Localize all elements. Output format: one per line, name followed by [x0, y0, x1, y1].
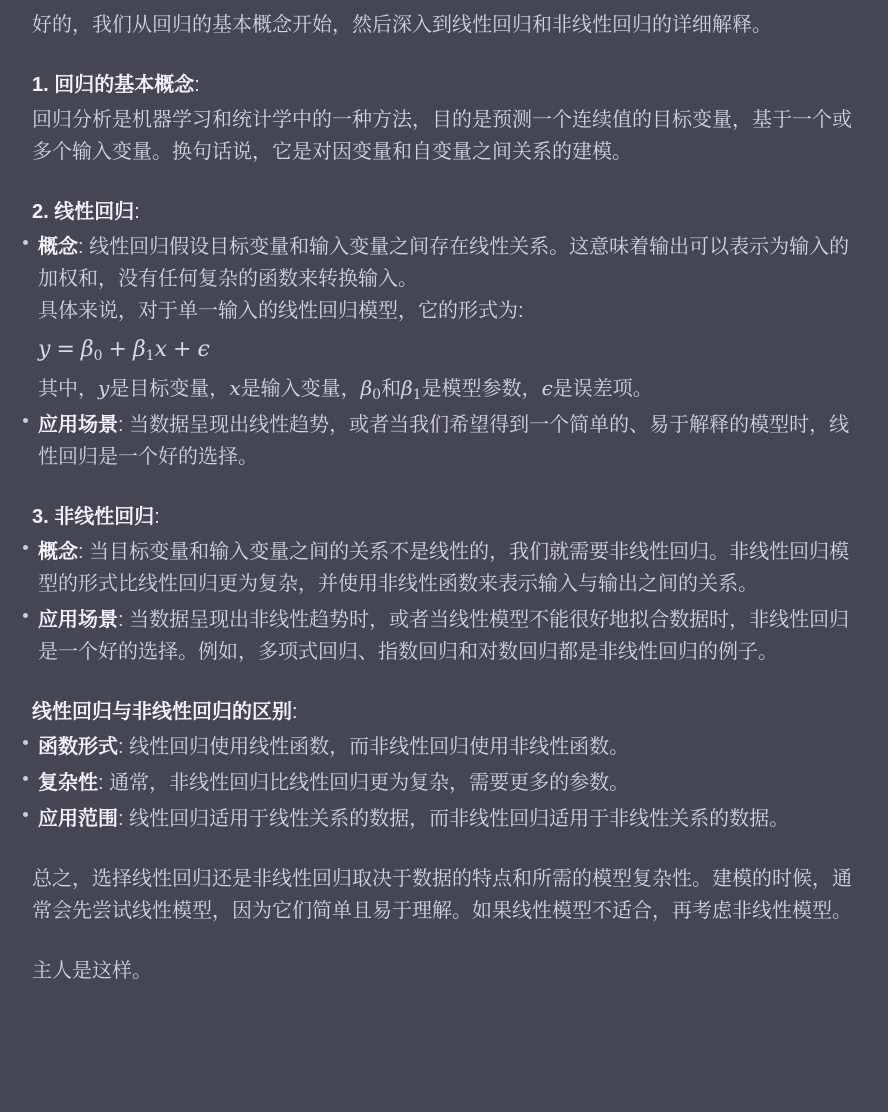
section-linear-heading-colon: :	[134, 201, 140, 223]
section-basics: 1. 回归的基本概念: 回归分析是机器学习和统计学中的一种方法，目的是预测一个连…	[32, 69, 856, 168]
formula-var-x: x	[155, 337, 167, 362]
formula-var-y: y	[38, 337, 50, 362]
section-nonlinear-heading-text: 3. 非线性回归	[32, 506, 154, 528]
assistant-message: 好的，我们从回归的基本概念开始，然后深入到线性回归和非线性回归的详细解释。 1.…	[0, 0, 888, 987]
linear-usage-body: 当数据呈现出线性趋势，或者当我们希望得到一个简单的、易于解释的模型时，线性回归是…	[38, 414, 849, 468]
nonlinear-usage-term: 应用场景	[38, 609, 118, 631]
application-range-term: 应用范围	[38, 808, 118, 830]
where-text-5: 是模型参数，	[422, 378, 542, 400]
formula-epsilon: ϵ	[197, 337, 209, 362]
section-basics-heading-text: 1. 回归的基本概念	[32, 74, 194, 96]
where-text-1: 其中，	[38, 378, 98, 400]
list-item-nonlinear-usage: 应用场景: 当数据呈现出非线性趋势时，或者当线性模型不能很好地拟合数据时，非线性…	[38, 604, 856, 668]
list-item-complexity: 复杂性: 通常，非线性回归比线性回归更为复杂，需要更多的参数。	[38, 767, 856, 799]
nonlinear-usage-sep: :	[118, 609, 129, 631]
formula-beta0-subscript: 0	[94, 348, 103, 364]
linear-usage-sep: :	[118, 414, 129, 436]
where-text-3: 是输入变量，	[241, 378, 361, 400]
linear-formula-explanation: 其中，y是目标变量，x是输入变量，β0和β1是模型参数，ϵ是误差项。	[38, 372, 856, 405]
list-item-application-range: 应用范围: 线性回归适用于线性关系的数据，而非线性回归适用于非线性关系的数据。	[38, 803, 856, 835]
where-beta0-subscript: 0	[372, 387, 381, 403]
closing-paragraph: 主人是这样。	[32, 955, 856, 987]
linear-concept-sep: :	[78, 236, 89, 258]
where-var-y: y	[98, 376, 109, 400]
section-basics-body: 回归分析是机器学习和统计学中的一种方法，目的是预测一个连续值的目标变量，基于一个…	[32, 104, 856, 168]
section-differences-heading-colon: :	[292, 701, 298, 723]
nonlinear-concept-sep: :	[78, 541, 89, 563]
application-range-sep: :	[118, 808, 129, 830]
nonlinear-concept-body: 当目标变量和输入变量之间的关系不是线性的，我们就需要非线性回归。非线性回归模型的…	[38, 541, 849, 595]
function-form-body: 线性回归使用线性函数，而非线性回归使用非线性函数。	[129, 736, 629, 758]
linear-usage-term: 应用场景	[38, 414, 118, 436]
where-text-2: 是目标变量，	[109, 378, 229, 400]
linear-concept-text: 概念: 线性回归假设目标变量和输入变量之间存在线性关系。这意味着输出可以表示为输…	[38, 231, 856, 295]
section-linear-heading-text: 2. 线性回归	[32, 201, 134, 223]
linear-concept-body: 线性回归假设目标变量和输入变量之间存在线性关系。这意味着输出可以表示为输入的加权…	[38, 236, 849, 290]
section-differences-heading-text: 线性回归与非线性回归的区别	[32, 701, 292, 723]
function-form-sep: :	[118, 736, 129, 758]
nonlinear-concept-term: 概念	[38, 541, 78, 563]
where-beta1-subscript: 1	[413, 387, 422, 403]
where-beta1: β	[401, 376, 413, 400]
application-range-body: 线性回归适用于线性关系的数据，而非线性回归适用于非线性关系的数据。	[129, 808, 789, 830]
where-text-4: 和	[381, 378, 401, 400]
nonlinear-list: 概念: 当目标变量和输入变量之间的关系不是线性的，我们就需要非线性回归。非线性回…	[32, 536, 856, 668]
where-text-6: 是误差项。	[553, 378, 653, 400]
complexity-sep: :	[98, 772, 109, 794]
complexity-term: 复杂性	[38, 772, 98, 794]
list-item-linear-usage: 应用场景: 当数据呈现出线性趋势，或者当我们希望得到一个简单的、易于解释的模型时…	[38, 409, 856, 473]
section-basics-heading: 1. 回归的基本概念:	[32, 69, 856, 101]
formula-plus-sign-2: +	[167, 337, 197, 362]
nonlinear-usage-body: 当数据呈现出非线性趋势时，或者当线性模型不能很好地拟合数据时，非线性回归是一个好…	[38, 609, 849, 663]
formula-beta1: β	[133, 337, 146, 362]
section-nonlinear-heading-colon: :	[154, 506, 160, 528]
where-epsilon: ϵ	[542, 376, 553, 400]
linear-formula-leadin: 具体来说，对于单一输入的线性回归模型，它的形式为:	[38, 295, 856, 327]
conclusion-paragraph: 总之，选择线性回归还是非线性回归取决于数据的特点和所需的模型复杂性。建模的时候，…	[32, 863, 856, 927]
linear-model-formula: y=β0+β1x+ϵ	[38, 330, 856, 369]
function-form-term: 函数形式	[38, 736, 118, 758]
section-linear-heading: 2. 线性回归:	[32, 196, 856, 228]
formula-beta1-subscript: 1	[146, 348, 155, 364]
intro-paragraph: 好的，我们从回归的基本概念开始，然后深入到线性回归和非线性回归的详细解释。	[32, 9, 856, 41]
where-var-x: x	[229, 376, 240, 400]
section-differences-heading: 线性回归与非线性回归的区别:	[32, 696, 856, 728]
list-item-nonlinear-concept: 概念: 当目标变量和输入变量之间的关系不是线性的，我们就需要非线性回归。非线性回…	[38, 536, 856, 600]
formula-equals-sign: =	[50, 337, 80, 362]
section-basics-heading-colon: :	[194, 74, 200, 96]
section-nonlinear-heading: 3. 非线性回归:	[32, 501, 856, 533]
list-item-linear-concept: 概念: 线性回归假设目标变量和输入变量之间存在线性关系。这意味着输出可以表示为输…	[38, 231, 856, 405]
linear-concept-term: 概念	[38, 236, 78, 258]
list-item-function-form: 函数形式: 线性回归使用线性函数，而非线性回归使用非线性函数。	[38, 731, 856, 763]
complexity-body: 通常，非线性回归比线性回归更为复杂，需要更多的参数。	[109, 772, 629, 794]
formula-beta0: β	[81, 337, 94, 362]
formula-plus-sign-1: +	[103, 337, 133, 362]
where-beta0: β	[361, 376, 373, 400]
linear-list: 概念: 线性回归假设目标变量和输入变量之间存在线性关系。这意味着输出可以表示为输…	[32, 231, 856, 473]
differences-list: 函数形式: 线性回归使用线性函数，而非线性回归使用非线性函数。 复杂性: 通常，…	[32, 731, 856, 835]
